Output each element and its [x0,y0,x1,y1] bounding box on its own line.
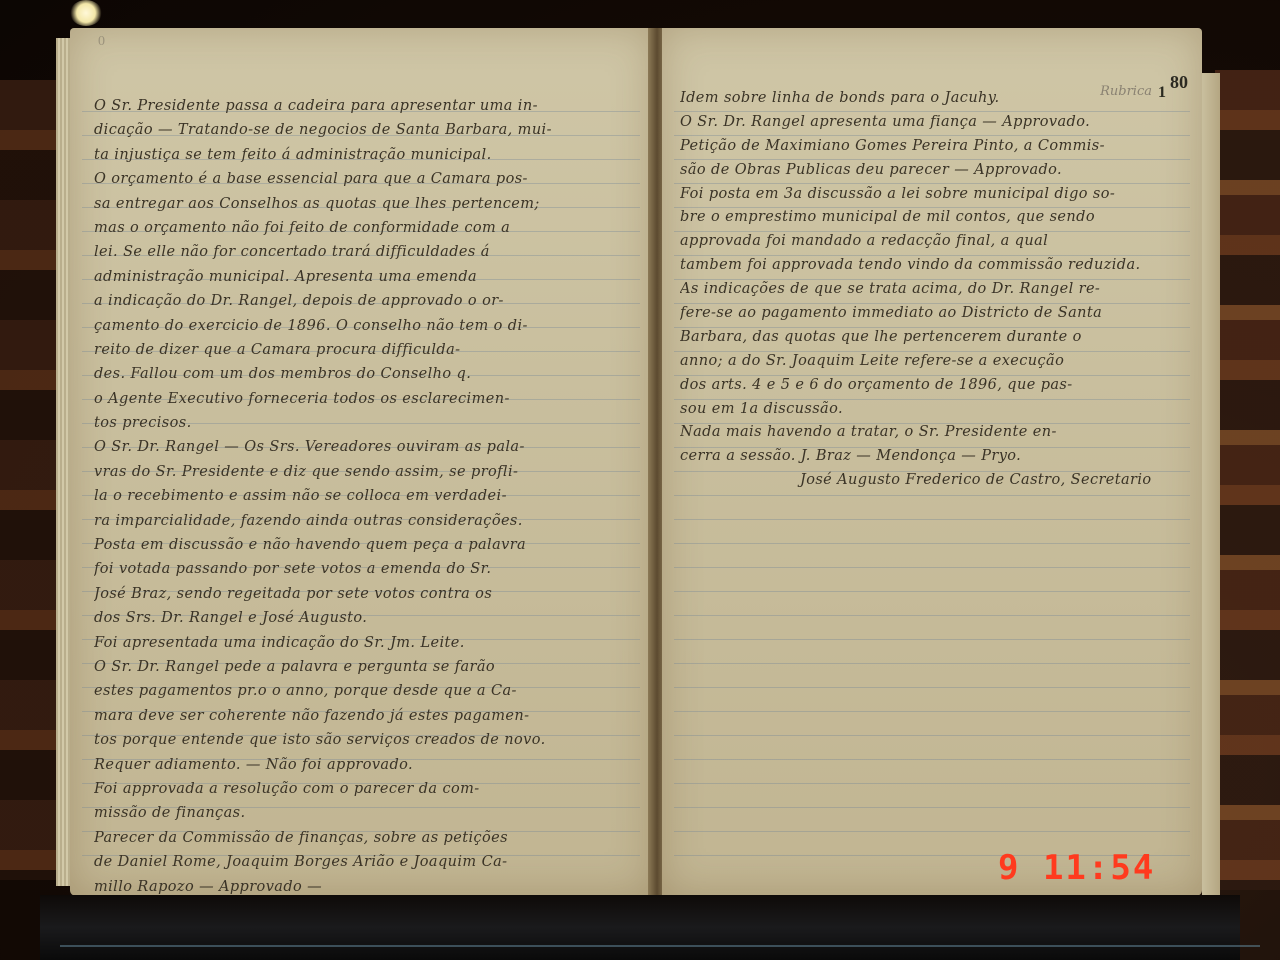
handwritten-line: dicação — Tratando-se de negocios de San… [94,118,634,142]
glass-reflection [60,945,1260,947]
handwritten-line: sou em 1a discussão. [680,397,1192,421]
handwritten-line: des. Fallou com um dos membros do Consel… [94,362,634,386]
handwritten-line: o Agente Executivo forneceria todos os e… [94,387,634,411]
handwritten-line: José Braz, sendo regeitada por sete voto… [94,582,634,606]
right-page-text: Idem sobre linha de bonds para o Jacuhy.… [680,86,1192,492]
handwritten-line: de Daniel Rome, Joaquim Borges Arião e J… [94,850,634,874]
handwritten-line: ta injustiça se tem feito á administraçã… [94,143,634,167]
handwritten-line: missão de finanças. [94,801,634,825]
handwritten-line: administração municipal. Apresenta uma e… [94,265,634,289]
handwritten-line: lei. Se elle não for concertado trará di… [94,240,634,264]
handwritten-line: dos arts. 4 e 5 e 6 do orçamento de 1896… [680,373,1192,397]
handwritten-line: Nada mais havendo a tratar, o Sr. Presid… [680,420,1192,444]
handwritten-line: çamento do exercicio de 1896. O conselho… [94,314,634,338]
handwritten-line: tos porque entende que isto são serviços… [94,728,634,752]
handwritten-line: Foi posta em 3a discussão a lei sobre mu… [680,182,1192,206]
left-page-text: O Sr. Presidente passa a cadeira para ap… [94,94,634,899]
left-page-number: 0 [98,34,105,50]
handwritten-line: Requer adiamento. — Não foi approvado. [94,753,634,777]
left-page: 0 O Sr. Presidente passa a cadeira para … [70,28,652,896]
handwritten-line: Idem sobre linha de bonds para o Jacuhy. [680,86,1192,110]
handwritten-line: O Sr. Dr. Rangel pede a palavra e pergun… [94,655,634,679]
handwritten-line: Foi approvada a resolução com o parecer … [94,777,634,801]
handwritten-line: mara deve ser coherente não fazendo já e… [94,704,634,728]
handwritten-line: Posta em discussão e não havendo quem pe… [94,533,634,557]
handwritten-line: mas o orçamento não foi feito de conform… [94,216,634,240]
secretary-signature: José Augusto Frederico de Castro, Secret… [680,468,1192,492]
handwritten-line: O Sr. Dr. Rangel — Os Srs. Vereadores ou… [94,435,634,459]
handwritten-line: dos Srs. Dr. Rangel e José Augusto. [94,606,634,630]
display-case-edge [40,895,1240,960]
handwritten-line: sa entregar aos Conselhos as quotas que … [94,192,634,216]
handwritten-line: approvada foi mandado a redacção final, … [680,229,1192,253]
handwritten-line: Petição de Maximiano Gomes Pereira Pinto… [680,134,1192,158]
handwritten-line: bre o emprestimo municipal de mil contos… [680,205,1192,229]
handwritten-line: ra imparcialidade, fazendo ainda outras … [94,509,634,533]
handwritten-line: Foi apresentada uma indicação do Sr. Jm.… [94,631,634,655]
right-page: 80 Rubrica Idem sobre linha de bonds par… [662,28,1202,896]
camera-timestamp: 9 11:54 [998,848,1155,888]
open-ledger-book: 0 O Sr. Presidente passa a cadeira para … [50,28,1220,896]
handwritten-line: la o recebimento e assim não se colloca … [94,484,634,508]
handwritten-line: tos precisos. [94,411,634,435]
handwritten-line: tambem foi approvada tendo vindo da comm… [680,253,1192,277]
handwritten-line: cerra a sessão. J. Braz — Mendonça — Pry… [680,444,1192,468]
handwritten-line: O orçamento é a base essencial para que … [94,167,634,191]
next-page-number: 1 [1158,84,1166,102]
handwritten-line: O Sr. Dr. Rangel apresenta uma fiança — … [680,110,1192,134]
handwritten-line: Parecer da Commissão de finanças, sobre … [94,826,634,850]
handwritten-line: estes pagamentos pr.o o anno, porque des… [94,679,634,703]
handwritten-line: reito de dizer que a Camara procura diff… [94,338,634,362]
handwritten-line: anno; a do Sr. Joaquim Leite refere-se a… [680,349,1192,373]
handwritten-line: a indicação do Dr. Rangel, depois de app… [94,289,634,313]
handwritten-line: Barbara, das quotas que lhe pertencerem … [680,325,1192,349]
handwritten-line: As indicações de que se trata acima, do … [680,277,1192,301]
handwritten-line: são de Obras Publicas deu parecer — Appr… [680,158,1192,182]
handwritten-line: vras do Sr. Presidente e diz que sendo a… [94,460,634,484]
handwritten-line: O Sr. Presidente passa a cadeira para ap… [94,94,634,118]
lamp-reflection [70,0,102,26]
rug-right [1215,70,1280,890]
handwritten-line: fere-se ao pagamento immediato ao Distri… [680,301,1192,325]
handwritten-line: foi votada passando por sete votos a eme… [94,557,634,581]
